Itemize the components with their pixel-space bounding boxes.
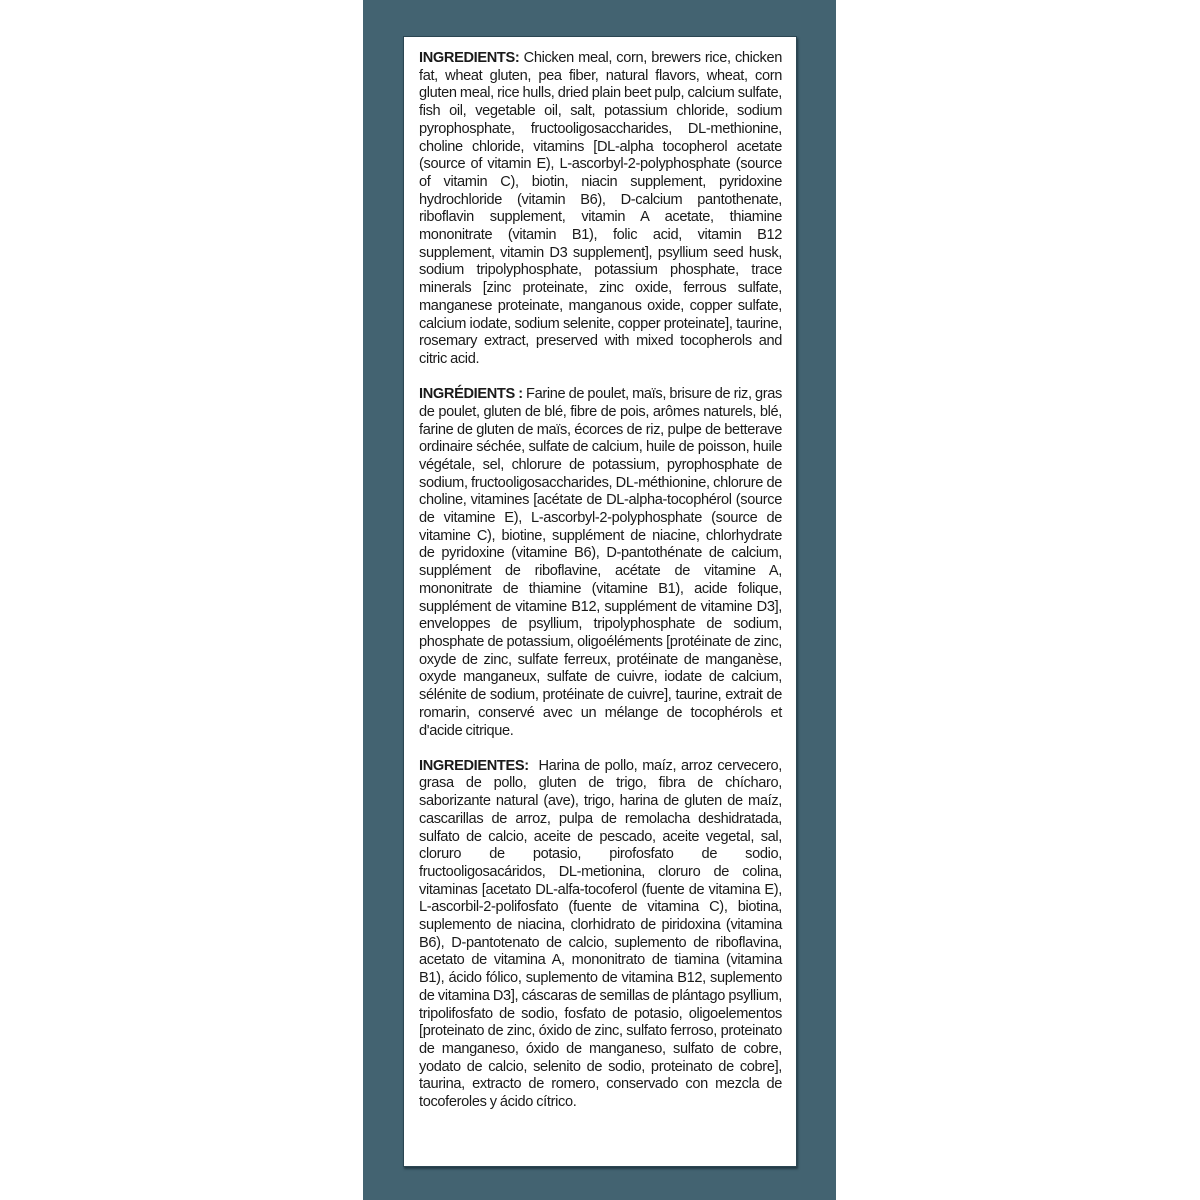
package-panel: INGREDIENTS: Chicken meal, corn, brewers… [363, 0, 836, 1200]
section-heading-french: INGRÉDIENTS : [419, 386, 523, 402]
ingredients-section-french: INGRÉDIENTS : Farine de poulet, maïs, br… [419, 386, 782, 740]
ingredients-section-spanish: INGREDIENTES: Harina de pollo, maíz, arr… [419, 758, 782, 1112]
ingredients-section-english: INGREDIENTS: Chicken meal, corn, brewers… [419, 50, 782, 369]
ingredients-label: INGREDIENTS: Chicken meal, corn, brewers… [403, 36, 797, 1167]
section-heading-english: INGREDIENTS: [419, 50, 519, 66]
section-heading-spanish: INGREDIENTES: [419, 758, 529, 774]
section-text-english: Chicken meal, corn, brewers rice, chicke… [419, 50, 782, 367]
section-text-spanish: Harina de pollo, maíz, arroz cervecero, … [419, 758, 782, 1110]
ingredients-content: INGREDIENTS: Chicken meal, corn, brewers… [419, 50, 782, 1129]
section-text-french: Farine de poulet, maïs, brisure de riz, … [419, 386, 782, 738]
